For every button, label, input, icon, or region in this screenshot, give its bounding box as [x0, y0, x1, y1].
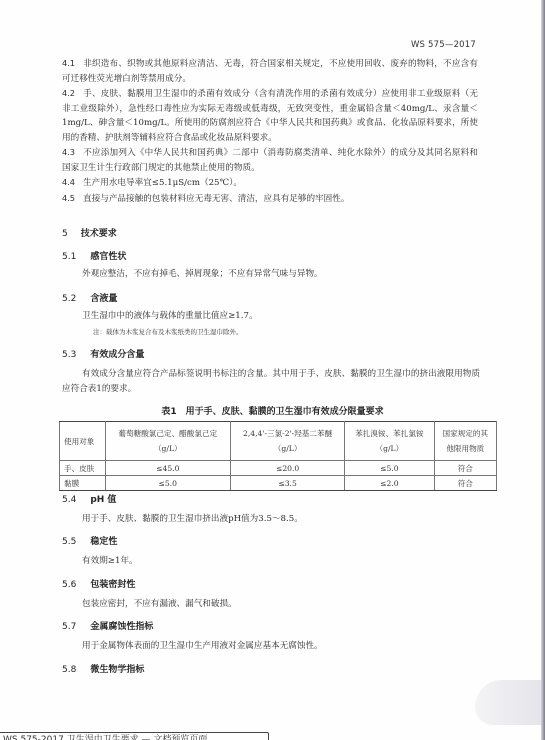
table-row: 手、皮肤 ≤45.0 ≤20.0 ≤5.0 符合 [60, 461, 497, 476]
note-5-2: 注：载体为木浆复合布及木浆纸类的卫生湿巾除外。 [93, 327, 243, 336]
heading-5-8: 5.8微生物学指标 [62, 662, 144, 675]
page-curl-shadow [475, 680, 541, 725]
table-1-title: 表1 用于手、皮肤、黏膜的卫生湿巾有效成分限量要求 [0, 404, 545, 417]
table-header-cell: 葡萄糖酸氯己定、醋酸氯己定（g/L） [105, 422, 230, 461]
heading-5-1: 5.1感官性状 [62, 249, 126, 262]
clause-4-2: 4.2手、皮肤、黏膜用卫生湿巾的杀菌有效成分（含有清洗作用的杀菌有效成分）应使用… [62, 86, 478, 145]
text-5-5: 有效期≥1年。 [82, 554, 482, 569]
table-header-cell: 使用对象 [60, 422, 106, 461]
clause-4-5: 4.5直接与产品接触的包装材料应无毒无害、清洁，应具有足够的牢固性。 [62, 191, 478, 207]
text-5-4: 用于手、皮肤、黏膜的卫生湿巾挤出液pH值为3.5～8.5。 [82, 512, 482, 527]
text-5-6: 包装应密封，不应有漏液、漏气和破损。 [82, 597, 482, 612]
heading-5-4: 5.4pH 值 [62, 492, 116, 505]
table-row: 黏膜 ≤5.0 ≤3.5 ≤2.0 符合 [60, 476, 497, 491]
table-header-cell: 苯扎溴铵、苯扎氯铵（g/L） [345, 422, 434, 461]
text-5-1: 外观应整洁，不应有掉毛、掉屑现象；不应有异常气味与异物。 [82, 267, 482, 282]
heading-5-6: 5.6包装密封性 [62, 577, 135, 590]
document-title-tab[interactable]: WS 575-2017 卫生湿巾卫生要求 — 文档预览页面 [0, 732, 269, 740]
page-edge-scrollbar [541, 0, 545, 740]
table-cell: ≤20.0 [231, 461, 345, 476]
table-cell: 符合 [434, 476, 496, 491]
heading-5-7: 5.7金属腐蚀性指标 [62, 619, 153, 632]
heading-5-3: 5.3有效成分含量 [62, 347, 144, 360]
table-cell: ≤3.5 [231, 476, 345, 491]
table-cell: 符合 [434, 461, 496, 476]
table-cell: ≤5.0 [345, 461, 434, 476]
text-5-3: 有效成分含量应符合产品标签说明书标注的含量。其中用于手、皮肤、黏膜的卫生湿巾的挤… [62, 367, 480, 397]
heading-5-5: 5.5稳定性 [62, 534, 117, 547]
clause-4-3: 4.3不应添加列入《中华人民共和国药典》二部中（消毒防腐类清单、纯化水除外）的成… [62, 145, 478, 175]
clauses-section-4: 4.1非织造布、织物或其他原料应清洁、无毒，符合国家相关规定，不应使用回收、废弃… [62, 56, 478, 206]
text-5-7: 用于金属物体表面的卫生湿巾生产用液对金属应基本无腐蚀性。 [82, 639, 482, 654]
clause-4-1: 4.1非织造布、织物或其他原料应清洁、无毒，符合国家相关规定，不应使用回收、废弃… [62, 56, 478, 86]
table-cell: 手、皮肤 [60, 461, 106, 476]
table-cell: ≤5.0 [105, 476, 230, 491]
text-5-2: 卫生湿巾中的液体与载体的重量比值应≥1.7。 [82, 309, 482, 324]
heading-5-2: 5.2含液量 [62, 291, 117, 304]
table-header-cell: 2,4,4'-三氯-2'-羟基二苯醚（g/L） [231, 422, 345, 461]
section-5-heading: 5技术要求 [62, 226, 117, 239]
table-cell: ≤2.0 [345, 476, 434, 491]
table-header-row: 使用对象 葡萄糖酸氯己定、醋酸氯己定（g/L） 2,4,4'-三氯-2'-羟基二… [60, 422, 497, 461]
standard-code-header: WS 575—2017 [411, 40, 476, 50]
document-page: WS 575—2017 4.1非织造布、织物或其他原料应清洁、无毒，符合国家相关… [0, 0, 541, 740]
table-cell: 黏膜 [60, 476, 106, 491]
clause-4-4: 4.4生产用水电导率宜≤5.1μS/cm（25℃）。 [62, 175, 478, 191]
table-cell: ≤45.0 [105, 461, 230, 476]
table-header-cell: 国家规定的其他限用物质 [434, 422, 496, 461]
table-1: 使用对象 葡萄糖酸氯己定、醋酸氯己定（g/L） 2,4,4'-三氯-2'-羟基二… [59, 421, 497, 491]
